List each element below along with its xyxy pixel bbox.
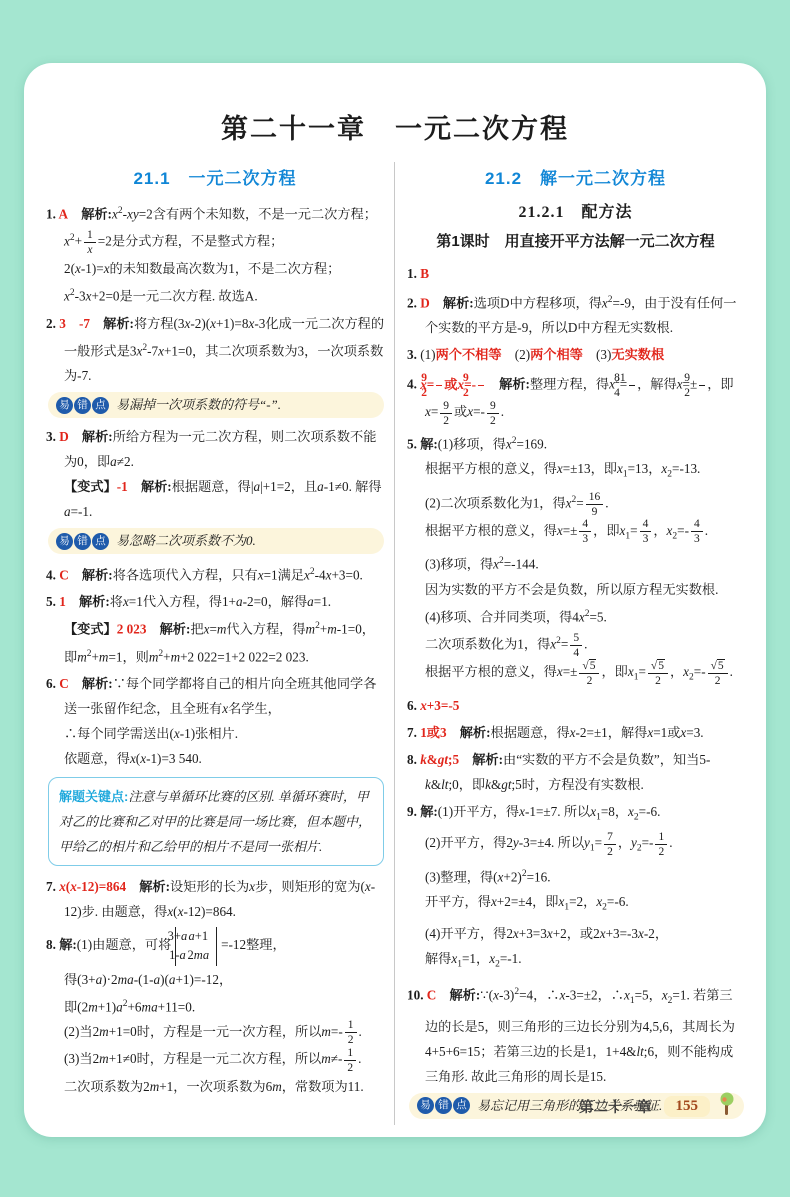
right-column-content: 1. B2. D 解析:选项D中方程移项，得x2=-9，由于没有任何一个实数的平… bbox=[407, 261, 744, 1119]
mistake-note: 易错点易漏掉一次项系数的符号“-”. bbox=[48, 392, 384, 418]
solution-item: 4. x=92或x=-92 解析:整理方程，得x2=814，解得x=±92，即x… bbox=[407, 369, 744, 426]
solution-item: 4. C 解析:将各选项代入方程，只有x=1满足x2-4x+3=0. bbox=[46, 560, 384, 587]
solution-item: 5. 解:(1)移项，得x2=169.根据平方根的意义，得x=±13，即x1=1… bbox=[407, 429, 744, 691]
solution-item: 6. x+3=-5 bbox=[407, 693, 744, 718]
solution-line: 【变式】-1 解析:根据题意，得|a|+1=2，且a-1≠0. 解得a=-1. bbox=[64, 474, 384, 524]
badge-circle: 错 bbox=[435, 1097, 452, 1114]
section-header-21-2: 21.2 解一元二次方程 bbox=[407, 164, 744, 189]
solution-item: 7. x(x-12)=864 解析:设矩形的长为x步，则矩形的宽为(x-12)步… bbox=[46, 874, 384, 924]
solution-line: (2)开平方，得2y-3=±4. 所以y1=72，y2=-12. bbox=[425, 830, 744, 862]
solution-line: 得(3+a)·2ma-(1-a)(a+1)=-12， bbox=[64, 967, 384, 992]
solution-line: 5. 解:(1)移项，得x2=169. bbox=[425, 429, 744, 456]
solution-line: x2+1x=2是分式方程，不是整式方程； bbox=[64, 226, 384, 256]
solution-line: 因为实数的平方不会是负数，所以原方程无实数根. bbox=[425, 577, 744, 602]
solution-item: 1. A 解析:x2-xy=2含有两个未知数，不是一元二次方程；x2+1x=2是… bbox=[46, 199, 384, 309]
badge-circle: 易 bbox=[56, 397, 73, 414]
solution-item: 8. 解:(1)由题意，可将3+aa+11-a2ma=-12整理，得(3+a)·… bbox=[46, 926, 384, 1099]
subsection-header: 21.2.1 配方法 bbox=[407, 199, 744, 222]
solution-line: ∴每个同学需送出(x-1)张相片. bbox=[64, 721, 384, 746]
solution-line: (2)二次项系数化为1，得x2=169. bbox=[425, 488, 744, 518]
solution-item: 3. D 解析:所给方程为一元二次方程，则二次项系数不能为0，即a≠2.【变式】… bbox=[46, 424, 384, 524]
solution-line: 1. B bbox=[425, 261, 744, 286]
solution-line: 7. x(x-12)=864 解析:设矩形的长为x步，则矩形的宽为(x-12)步… bbox=[64, 874, 384, 924]
badge-circle: 错 bbox=[74, 533, 91, 550]
solution-line: 8. k&gt;5 解析:由“实数的平方不会是负数”，知当5-k&lt;0，即k… bbox=[425, 747, 744, 797]
solution-line: 依题意，得x(x-1)=3 540. bbox=[64, 746, 384, 771]
badge-circle: 点 bbox=[453, 1097, 470, 1114]
solution-line: 解得x1=1，x2=-1. bbox=[425, 946, 744, 978]
solution-item: 10. C 解析:∵(x-3)2=4，∴x-3=±2，∴x1=5，x2=1. 若… bbox=[407, 980, 744, 1089]
footer-chapter-label: 第二十一章 bbox=[579, 1096, 652, 1117]
solution-item: 8. k&gt;5 解析:由“实数的平方不会是负数”，知当5-k&lt;0，即k… bbox=[407, 747, 744, 797]
solution-line: 9. 解:(1)开平方，得x-1=±7. 所以x1=8，x2=-6. bbox=[425, 799, 744, 831]
solution-line: 7. 1或3 解析:根据题意，得x-2=±1，解得x=1或x=3. bbox=[425, 720, 744, 745]
mistake-point-badge: 易错点 bbox=[417, 1097, 470, 1114]
solution-line: 2(x-1)=x的未知数最高次数为1，不是二次方程； bbox=[64, 256, 384, 281]
page-footer: 第二十一章 155 bbox=[579, 1092, 736, 1121]
left-column-content: 1. A 解析:x2-xy=2含有两个未知数，不是一元二次方程；x2+1x=2是… bbox=[46, 199, 384, 1099]
right-column: 21.2 解一元二次方程 21.2.1 配方法 第1课时 用直接开平方法解一元二… bbox=[395, 162, 744, 1125]
solution-item: 3. (1)两个不相等 (2)两个相等 (3)无实数根 bbox=[407, 342, 744, 367]
solution-line: 10. C 解析:∵(x-3)2=4，∴x-3=±2，∴x1=5，x2=1. 若… bbox=[425, 980, 744, 1089]
badge-circle: 易 bbox=[417, 1097, 434, 1114]
solution-line: 根据平方根的意义，得x=±√52，即x1=√52，x2=-√52. bbox=[425, 659, 744, 691]
solution-line: (4)开平方，得2x+3=3x+2，或2x+3=-3x-2， bbox=[425, 921, 744, 946]
solution-line: 二次项系数为2m+1，一次项系数为6m，常数项为11. bbox=[64, 1074, 384, 1099]
solution-line: 3. (1)两个不相等 (2)两个相等 (3)无实数根 bbox=[425, 342, 744, 367]
solution-line: x2-3x+2=0是一元二次方程. 故选A. bbox=[64, 281, 384, 308]
solution-line: 8. 解:(1)由题意，可将3+aa+11-a2ma=-12整理， bbox=[64, 926, 384, 966]
mistake-note-text: 易忽略二次项系数不为0. bbox=[116, 532, 256, 550]
solution-line: 5. 1 解析:将x=1代入方程，得1+a-2=0，解得a=1. bbox=[64, 589, 384, 614]
key-point-box: 解题关键点:注意与单循环比赛的区别. 单循环赛时，甲对乙的比赛和乙对甲的比赛是同… bbox=[48, 777, 384, 866]
mistake-note-text: 易漏掉一次项系数的符号“-”. bbox=[116, 396, 281, 414]
left-column: 21.1 一元二次方程 1. A 解析:x2-xy=2含有两个未知数，不是一元二… bbox=[46, 162, 395, 1125]
two-column-layout: 21.1 一元二次方程 1. A 解析:x2-xy=2含有两个未知数，不是一元二… bbox=[46, 162, 744, 1125]
mistake-note: 易错点易忽略二次项系数不为0. bbox=[48, 528, 384, 554]
solution-item: 5. 1 解析:将x=1代入方程，得1+a-2=0，解得a=1.【变式】2 02… bbox=[46, 589, 384, 669]
solution-line: 2. D 解析:选项D中方程移项，得x2=-9，由于没有任何一个实数的平方是-9… bbox=[425, 288, 744, 340]
solution-item: 6. C 解析:∵每个同学都将自己的相片向全班其他同学各送一张留作纪念，且全班有… bbox=[46, 671, 384, 771]
solution-line: 开平方，得x+2=±4，即x1=2，x2=-6. bbox=[425, 889, 744, 921]
solution-item: 1. B bbox=[407, 261, 744, 286]
solution-line: x=92或x=-92. bbox=[425, 399, 744, 427]
solution-line: 2. 3 -7 解析:将方程(3x-2)(x+1)=8x-3化成一元二次方程的一… bbox=[64, 311, 384, 388]
solution-line: 【变式】2 023 解析:把x=m代入方程，得m2+m-1=0，即m2+m=1，… bbox=[64, 614, 384, 669]
solution-item: 2. D 解析:选项D中方程移项，得x2=-9，由于没有任何一个实数的平方是-9… bbox=[407, 288, 744, 340]
solution-line: (4)移项、合并同类项，得4x2=5. bbox=[425, 602, 744, 629]
solution-line: 即(2m+1)a2+6ma+11=0. bbox=[64, 992, 384, 1019]
solution-line: 根据平方根的意义，得x=±43，即x1=43，x2=-43. bbox=[425, 518, 744, 550]
mistake-point-badge: 易错点 bbox=[56, 397, 109, 414]
badge-circle: 点 bbox=[92, 533, 109, 550]
section-header-21-1: 21.1 一元二次方程 bbox=[46, 164, 384, 189]
solution-line: (2)当2m+1=0时，方程是一元一次方程，所以m=-12. bbox=[64, 1019, 384, 1047]
solution-line: 3. D 解析:所给方程为一元二次方程，则二次项系数不能为0，即a≠2. bbox=[64, 424, 384, 474]
tree-icon bbox=[716, 1092, 736, 1121]
solution-line: 6. C 解析:∵每个同学都将自己的相片向全班其他同学各送一张留作纪念，且全班有… bbox=[64, 671, 384, 721]
solution-item: 9. 解:(1)开平方，得x-1=±7. 所以x1=8，x2=-6.(2)开平方… bbox=[407, 799, 744, 978]
solution-line: (3)当2m+1≠0时，方程是一元二次方程，所以m≠-12. bbox=[64, 1046, 384, 1074]
page-background: { "page": { "chapter_title": "第二十一章 一元二次… bbox=[0, 0, 790, 1197]
solution-line: (3)整理，得(x+2)2=16. bbox=[425, 862, 744, 889]
solution-item: 7. 1或3 解析:根据题意，得x-2=±1，解得x=1或x=3. bbox=[407, 720, 744, 745]
solution-line: 1. A 解析:x2-xy=2含有两个未知数，不是一元二次方程； bbox=[64, 199, 384, 226]
key-point-title: 解题关键点: bbox=[59, 789, 128, 804]
answer-page: 第二十一章 一元二次方程 21.1 一元二次方程 1. A 解析:x2-xy=2… bbox=[24, 63, 766, 1137]
solution-line: 4. C 解析:将各选项代入方程，只有x=1满足x2-4x+3=0. bbox=[64, 560, 384, 587]
solution-line: 4. x=92或x=-92 解析:整理方程，得x2=814，解得x=±92，即 bbox=[425, 369, 744, 399]
solution-line: 6. x+3=-5 bbox=[425, 693, 744, 718]
mistake-point-badge: 易错点 bbox=[56, 533, 109, 550]
badge-circle: 易 bbox=[56, 533, 73, 550]
badge-circle: 点 bbox=[92, 397, 109, 414]
lesson-header: 第1课时 用直接开平方法解一元二次方程 bbox=[407, 230, 744, 251]
solution-line: 二次项系数化为1，得x2=54. bbox=[425, 629, 744, 659]
solution-line: 根据平方根的意义，得x=±13，即x1=13，x2=-13. bbox=[425, 456, 744, 488]
page-number-badge: 155 bbox=[664, 1096, 711, 1117]
solution-item: 2. 3 -7 解析:将方程(3x-2)(x+1)=8x-3化成一元二次方程的一… bbox=[46, 311, 384, 388]
badge-circle: 错 bbox=[74, 397, 91, 414]
solution-line: (3)移项，得x2=-144. bbox=[425, 549, 744, 576]
chapter-title: 第二十一章 一元二次方程 bbox=[46, 107, 744, 146]
